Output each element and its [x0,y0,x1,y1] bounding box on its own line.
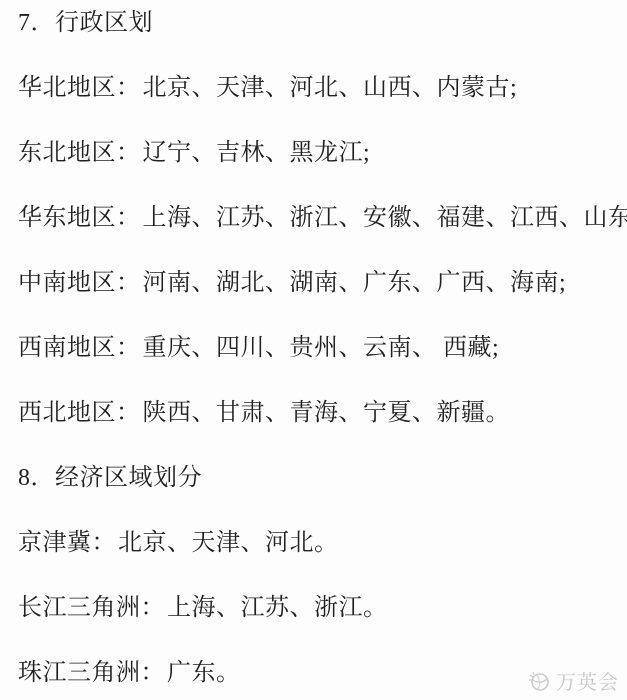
region-provinces: 重庆、四川、贵州、云南、 西藏; [143,335,500,361]
region-label: 东北地区： [18,140,141,166]
region-provinces: 上海、江苏、浙江、安徽、福建、江西、山东; [143,205,627,231]
region-label: 华北地区： [18,75,141,101]
region-row-xinan: 西南地区：重庆、四川、贵州、云南、 西藏; [18,333,621,363]
region-label: 中南地区： [18,270,141,296]
region-provinces: 北京、天津、河北。 [118,530,339,556]
region-provinces: 上海、江苏、浙江。 [167,595,388,621]
region-provinces: 辽宁、吉林、黑龙江; [143,140,371,166]
document-page: 7．行政区划 华北地区：北京、天津、河北、山西、内蒙古; 东北地区：辽宁、吉林、… [0,0,627,700]
region-label: 珠江三角洲： [18,660,165,686]
region-row-jingjinji: 京津冀：北京、天津、河北。 [18,528,621,558]
globe-logo-icon [527,669,551,693]
region-label: 华东地区： [18,205,141,231]
document-body: 7．行政区划 华北地区：北京、天津、河北、山西、内蒙古; 东北地区：辽宁、吉林、… [0,0,627,688]
region-provinces: 广东。 [167,660,241,686]
region-provinces: 北京、天津、河北、山西、内蒙古; [143,75,518,101]
region-provinces: 陕西、甘肃、青海、宁夏、新疆。 [143,400,511,426]
watermark-text: 万英会 [556,666,619,695]
region-row-dongbei: 东北地区：辽宁、吉林、黑龙江; [18,138,621,168]
watermark: 万英会 [527,666,619,695]
region-row-huadong: 华东地区：上海、江苏、浙江、安徽、福建、江西、山东; [18,203,621,233]
region-row-zhongnan: 中南地区：河南、湖北、湖南、广东、广西、海南; [18,268,621,298]
region-row-huabei: 华北地区：北京、天津、河北、山西、内蒙古; [18,73,621,103]
region-provinces: 河南、湖北、湖南、广东、广西、海南; [143,270,567,296]
region-label: 长江三角洲： [18,595,165,621]
region-row-yangtze-delta: 长江三角洲：上海、江苏、浙江。 [18,593,621,623]
region-label: 西南地区： [18,335,141,361]
region-label: 京津冀： [18,530,116,556]
section-heading-administrative-divisions: 7．行政区划 [18,8,621,38]
region-label: 西北地区： [18,400,141,426]
section-heading-economic-divisions: 8．经济区域划分 [18,463,621,493]
region-row-xibei: 西北地区：陕西、甘肃、青海、宁夏、新疆。 [18,398,621,428]
